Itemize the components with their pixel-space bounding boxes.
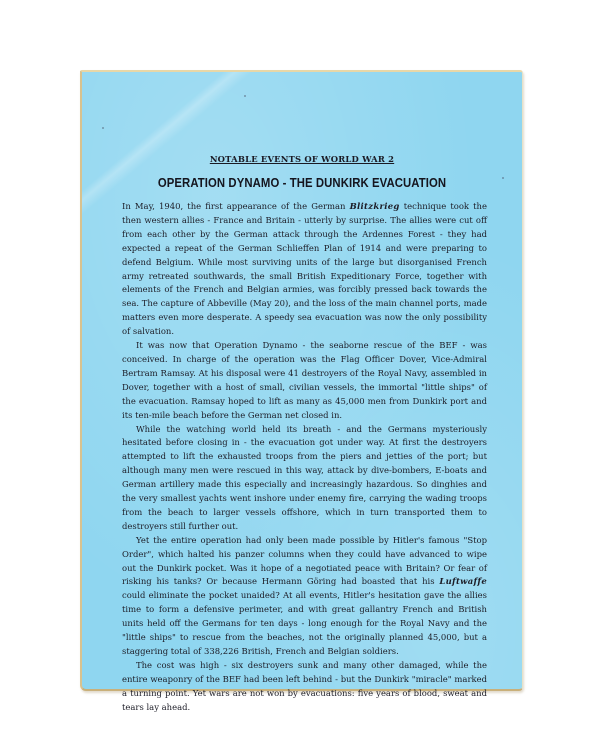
series-heading: NOTABLE EVENTS OF WORLD WAR 2 bbox=[82, 154, 522, 164]
article-title: OPERATION DYNAMO - THE DUNKIRK EVACUATIO… bbox=[104, 176, 500, 190]
paragraph: Yet the entire operation had only been m… bbox=[122, 534, 487, 659]
emphasis-term: Blitzkrieg bbox=[350, 201, 400, 211]
paper-speck bbox=[244, 95, 246, 97]
paragraph-text: In May, 1940, the first appearance of th… bbox=[122, 201, 350, 211]
paper-speck bbox=[102, 127, 104, 129]
paragraph-text: could eliminate the pocket unaided? At a… bbox=[122, 590, 487, 656]
paper-speck bbox=[308, 664, 310, 666]
paragraph: It was now that Operation Dynamo - the s… bbox=[122, 339, 487, 422]
paragraph: The cost was high - six destroyers sunk … bbox=[122, 659, 487, 715]
paragraph-text: It was now that Operation Dynamo - the s… bbox=[122, 340, 487, 420]
paragraph-text: The cost was high - six destroyers sunk … bbox=[122, 660, 487, 712]
paragraph: While the watching world held its breath… bbox=[122, 423, 487, 534]
booklet-back-cover: NOTABLE EVENTS OF WORLD WAR 2 OPERATION … bbox=[80, 70, 523, 691]
paper-speck bbox=[502, 177, 504, 179]
paragraph-text: Yet the entire operation had only been m… bbox=[122, 535, 487, 587]
paragraph-text: While the watching world held its breath… bbox=[122, 424, 487, 531]
paragraph: In May, 1940, the first appearance of th… bbox=[122, 200, 487, 339]
article-body: In May, 1940, the first appearance of th… bbox=[122, 200, 487, 715]
paragraph-text: technique took the then western allies -… bbox=[122, 201, 487, 336]
emphasis-term: Luftwaffe bbox=[439, 576, 487, 586]
